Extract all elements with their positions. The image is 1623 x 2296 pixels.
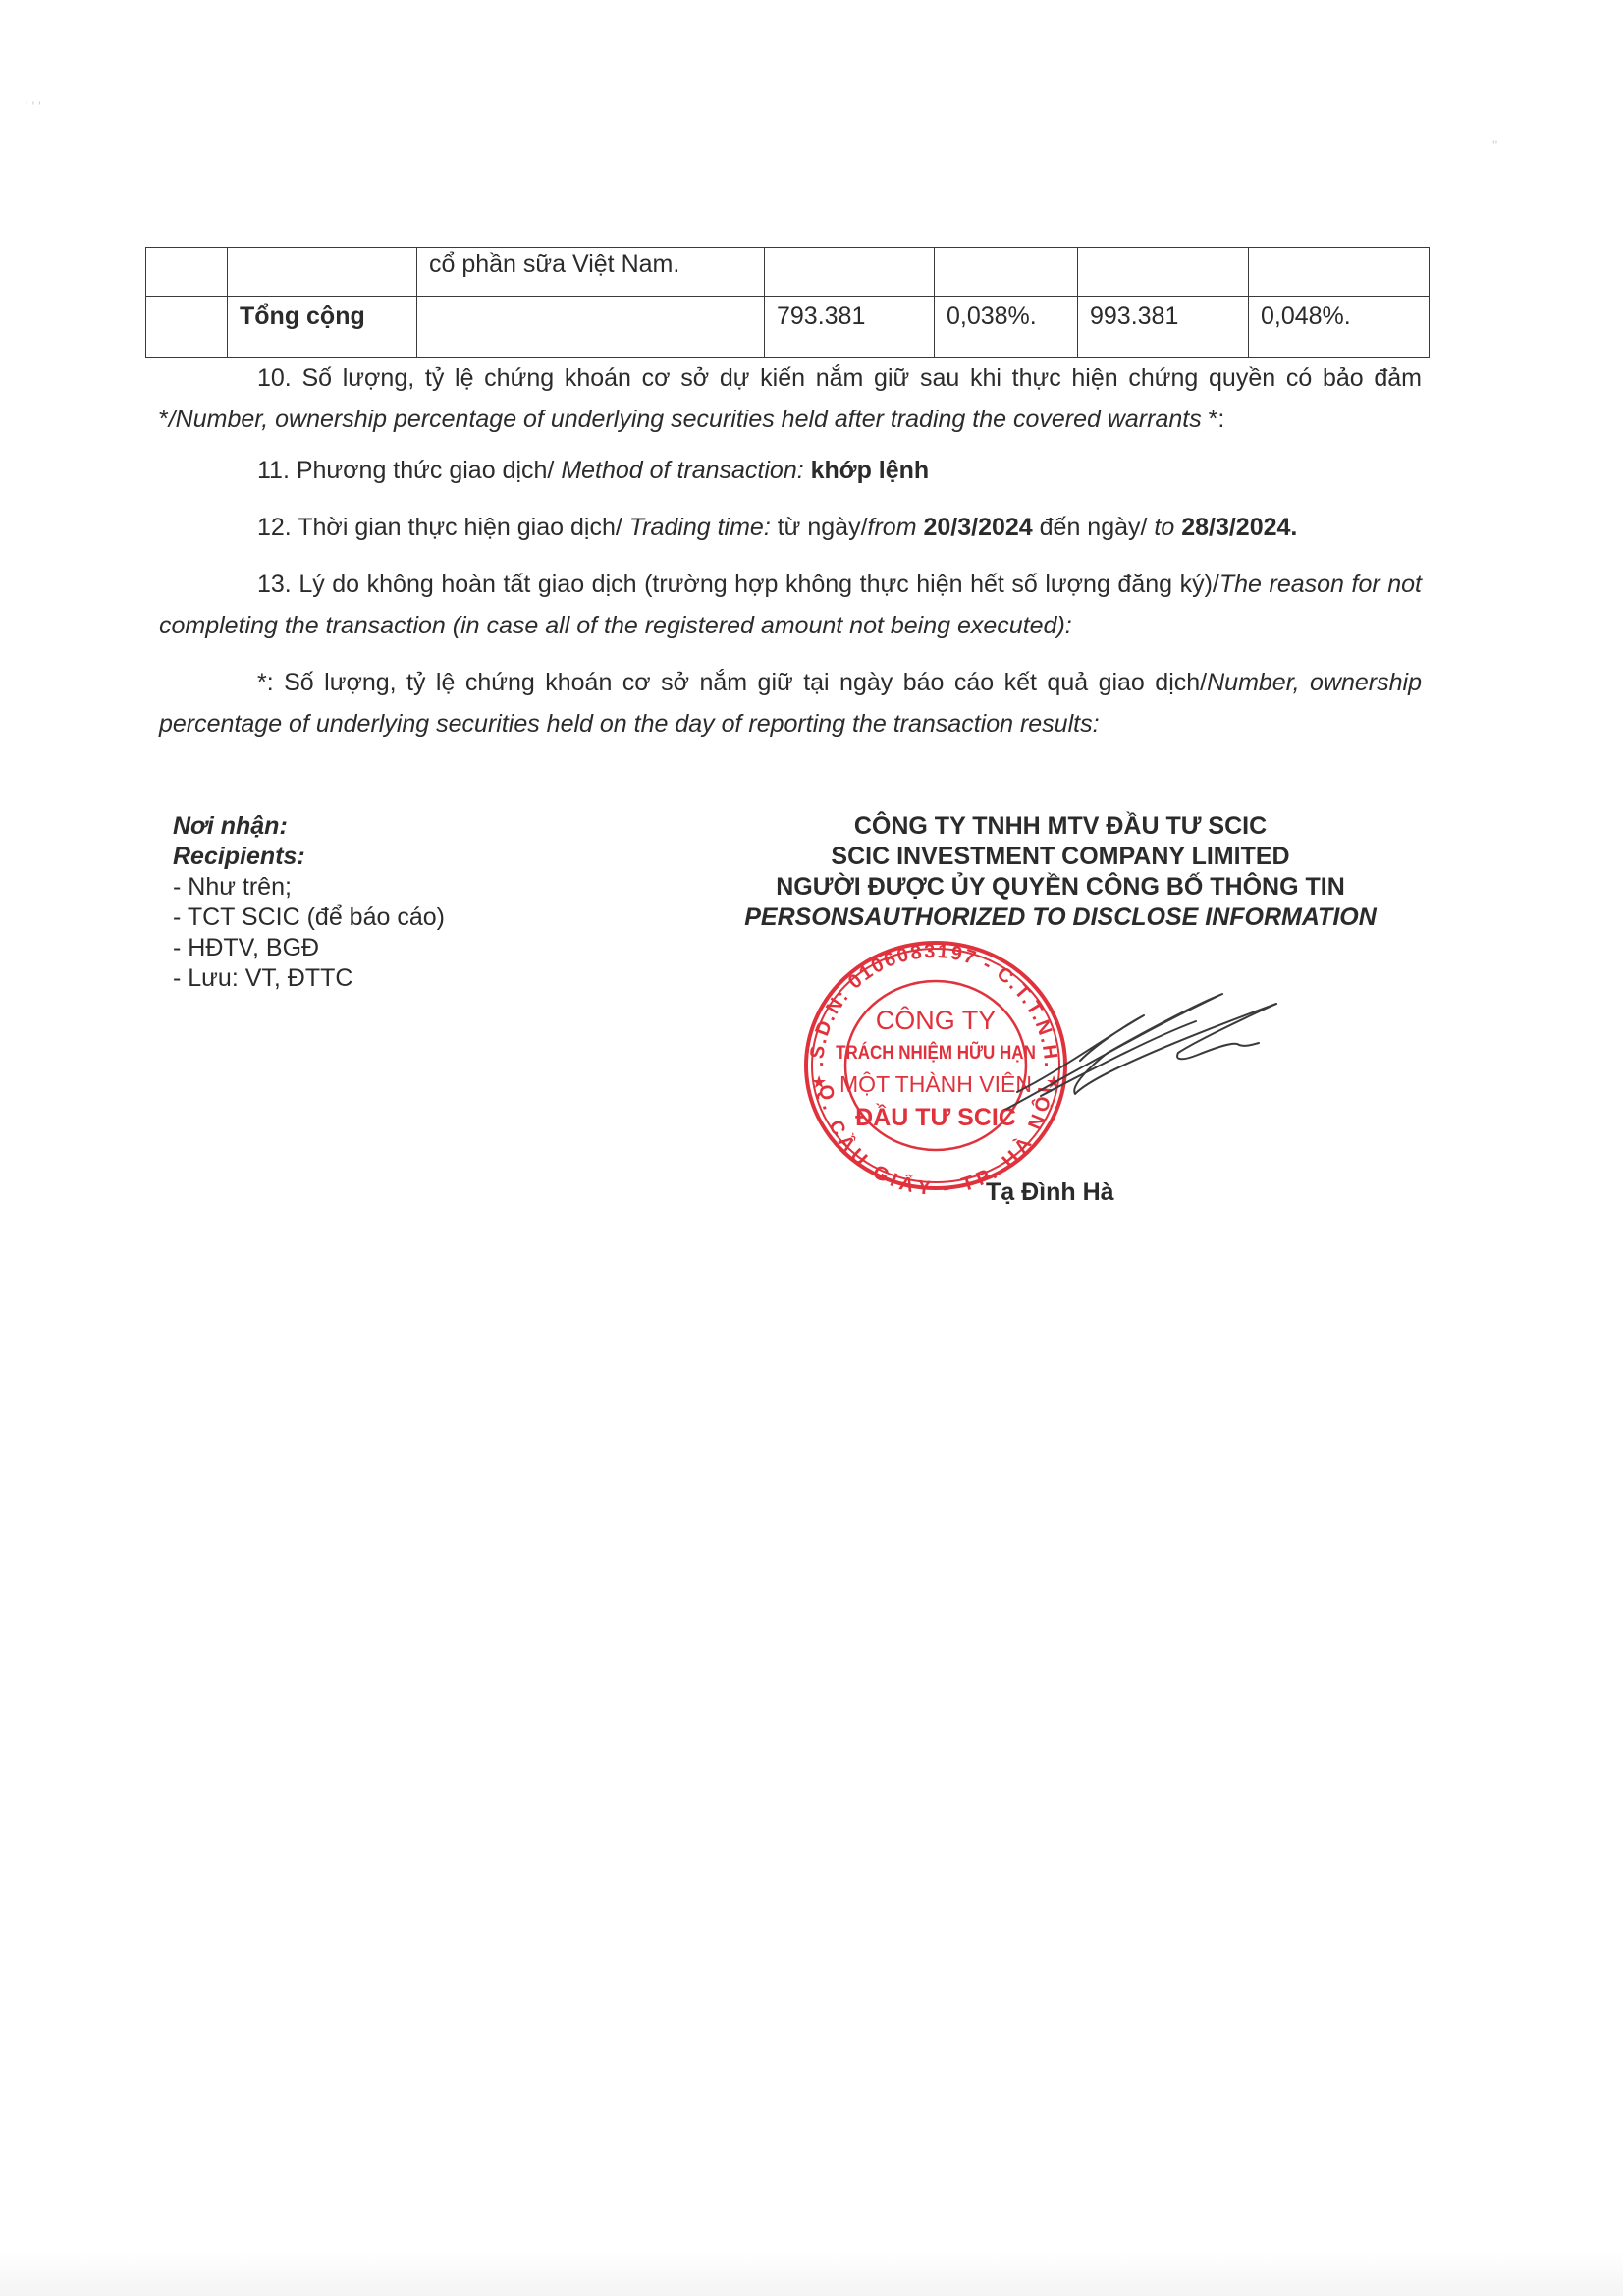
table-cell	[765, 248, 935, 297]
total-before-quantity: 793.381	[765, 297, 935, 358]
table-cell	[228, 248, 417, 297]
table-row-total: Tổng cộng 793.381 0,038%. 993.381 0,048%…	[146, 297, 1430, 358]
signature-heading: CÔNG TY TNHH MTV ĐẦU TƯ SCIC SCIC INVEST…	[707, 811, 1414, 933]
recipients-title-en: Recipients:	[173, 842, 445, 872]
total-after-quantity: 993.381	[1078, 297, 1249, 358]
recipients-block: Nơi nhận: Recipients: - Như trên; - TCT …	[173, 811, 445, 994]
table-cell-company: cổ phần sữa Việt Nam.	[417, 248, 765, 297]
table-cell	[1078, 248, 1249, 297]
footnote: *: Số lượng, tỷ lệ chứng khoán cơ sở nắm…	[159, 662, 1422, 744]
table-cell	[146, 297, 228, 358]
recipient-item: - Lưu: VT, ĐTTC	[173, 963, 445, 994]
to-date: 28/3/2024.	[1174, 514, 1297, 541]
item-10: 10. Số lượng, tỷ lệ chứng khoán cơ sở dự…	[159, 357, 1422, 440]
total-after-percent: 0,048%.	[1249, 297, 1430, 358]
recipient-item: - TCT SCIC (để báo cáo)	[173, 902, 445, 933]
total-label: Tổng cộng	[228, 297, 417, 358]
recipient-item: - Như trên;	[173, 872, 445, 902]
table-cell	[935, 248, 1078, 297]
item-11: 11. Phương thức giao dịch/ Method of tra…	[159, 450, 1422, 491]
table-cell	[417, 297, 765, 358]
svg-text:CÔNG TY: CÔNG TY	[876, 1005, 997, 1035]
table-cell	[1249, 248, 1430, 297]
scan-mark: ' ' '	[26, 98, 41, 114]
item-13: 13. Lý do không hoàn tất giao dịch (trườ…	[159, 564, 1422, 646]
svg-text:★: ★	[811, 1072, 827, 1093]
holdings-table: cổ phần sữa Việt Nam. Tổng cộng 793.381 …	[145, 247, 1430, 358]
role-vi: NGƯỜI ĐƯỢC ỦY QUYỀN CÔNG BỐ THÔNG TIN	[707, 872, 1414, 902]
recipient-item: - HĐTV, BGĐ	[173, 933, 445, 963]
handwritten-signature-icon	[982, 982, 1296, 1110]
total-before-percent: 0,038%.	[935, 297, 1078, 358]
table-row: cổ phần sữa Việt Nam.	[146, 248, 1430, 297]
scan-bottom-edge	[0, 2251, 1623, 2296]
signer-name: Tạ Đình Hà	[986, 1178, 1114, 1207]
transaction-method: khớp lệnh	[804, 457, 930, 484]
table-cell	[146, 248, 228, 297]
item-12: 12. Thời gian thực hiện giao dịch/ Tradi…	[159, 507, 1422, 548]
company-name-en: SCIC INVESTMENT COMPANY LIMITED	[707, 842, 1414, 872]
company-name-vi: CÔNG TY TNHH MTV ĐẦU TƯ SCIC	[707, 811, 1414, 842]
scan-mark: ''	[1492, 137, 1497, 153]
role-en: PERSONSAUTHORIZED TO DISCLOSE INFORMATIO…	[707, 902, 1414, 933]
recipients-title-vi: Nơi nhận:	[173, 811, 445, 842]
from-date: 20/3/2024	[917, 514, 1033, 541]
